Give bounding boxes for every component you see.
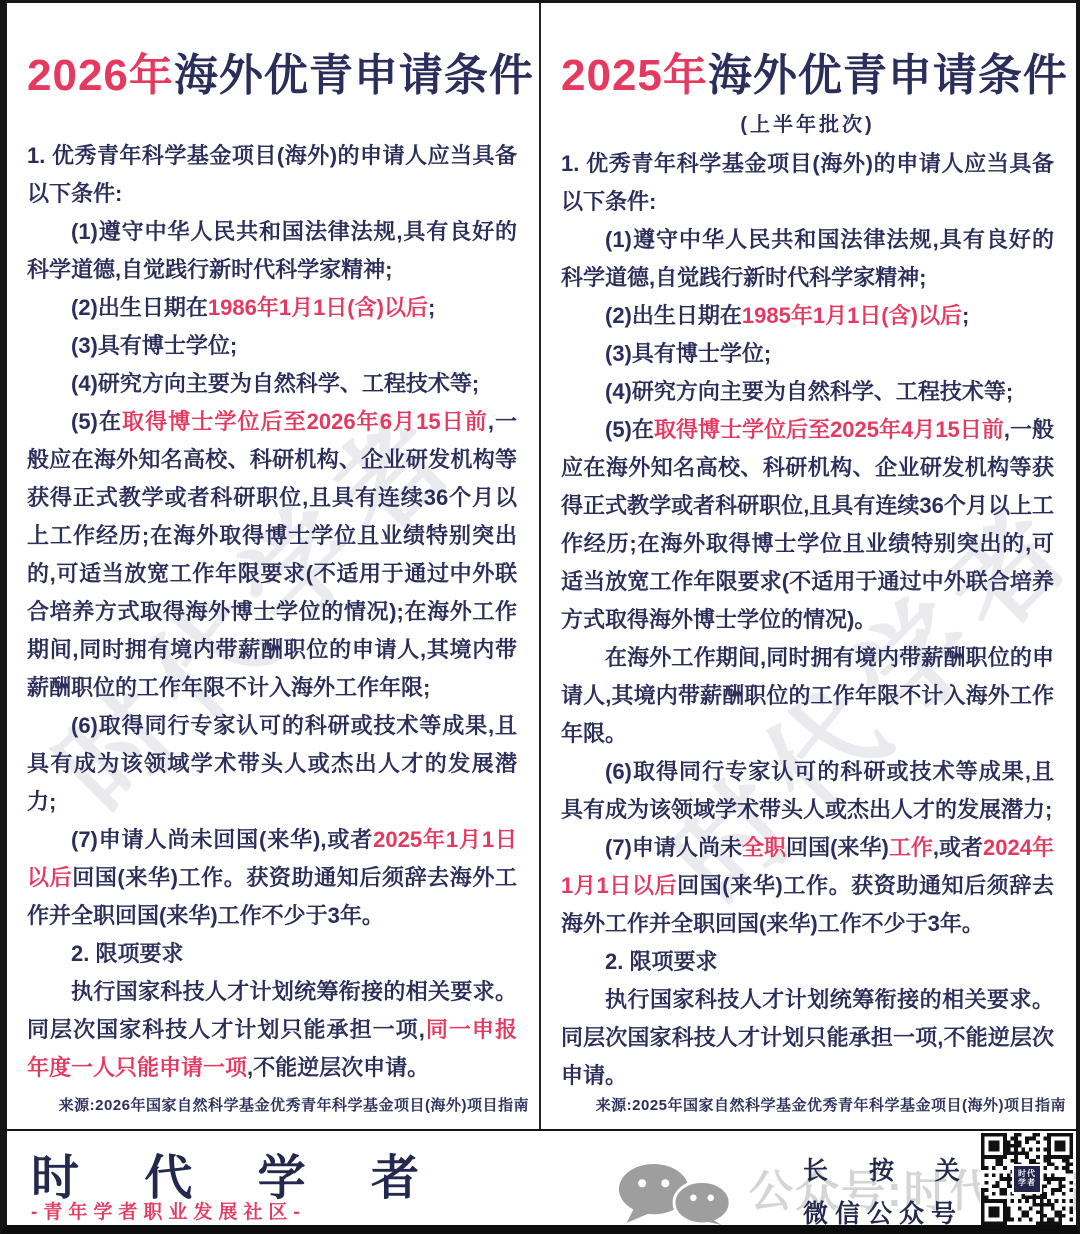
title-year: 2026年 bbox=[27, 51, 174, 100]
paragraph: (2)出生日期在1985年1月1日(含)以后; bbox=[561, 297, 1054, 335]
paragraph: (7)申请人尚未回国(来华),或者2025年1月1日以后回国(来华)工作。获资助… bbox=[27, 821, 517, 935]
comparison-columns: 时代学者 2026年海外优青申请条件 1. 优秀青年科学基金项目(海外)的申请人… bbox=[7, 3, 1076, 1129]
conditions-text: 1. 优秀青年科学基金项目(海外)的申请人应当具备以下条件:(1)遵守中华人民共… bbox=[561, 145, 1054, 1095]
paragraph: (2)出生日期在1986年1月1日(含)以后; bbox=[27, 289, 517, 327]
title-text: 海外优青申请条件 bbox=[174, 51, 534, 100]
paragraph: (3)具有博士学位; bbox=[27, 327, 517, 365]
paragraph: (5)在取得博士学位后至2026年6月15日前,一般应在海外知名高校、科研机构、… bbox=[27, 403, 517, 707]
paragraph: (6)取得同行专家认可的科研或技术等成果,且具有成为该领域学术带头人或杰出人才的… bbox=[561, 753, 1054, 829]
panel-title: 2026年海外优青申请条件 bbox=[27, 39, 517, 103]
wechat-icon bbox=[617, 1163, 733, 1225]
highlighted-text: 取得博士学位后至2026年6月15日前 bbox=[122, 409, 488, 434]
paragraph: (6)取得同行专家认可的科研或技术等成果,且具有成为该领域学术带头人或杰出人才的… bbox=[27, 707, 517, 821]
conditions-text: 1. 优秀青年科学基金项目(海外)的申请人应当具备以下条件:(1)遵守中华人民共… bbox=[27, 137, 517, 1087]
poster-sheet: 时代学者 2026年海外优青申请条件 1. 优秀青年科学基金项目(海外)的申请人… bbox=[0, 0, 1080, 1234]
qr-code: 时代学者 bbox=[980, 1133, 1074, 1225]
paragraph: 执行国家科技人才计划统筹衔接的相关要求。同层次国家科技人才计划只能承担一项,同一… bbox=[27, 973, 517, 1087]
title-text: 海外优青申请条件 bbox=[708, 51, 1068, 100]
highlighted-text: 1985年1月1日(含)以后 bbox=[742, 303, 962, 328]
highlighted-text: 1986年1月1日(含)以后 bbox=[208, 295, 428, 320]
panel-2026: 时代学者 2026年海外优青申请条件 1. 优秀青年科学基金项目(海外)的申请人… bbox=[7, 3, 541, 1129]
qr-center-logo: 时代学者 bbox=[1012, 1164, 1042, 1194]
paragraph: 1. 优秀青年科学基金项目(海外)的申请人应当具备以下条件: bbox=[561, 145, 1054, 221]
highlighted-text: 取得博士学位后至2025年4月15日前 bbox=[654, 417, 1004, 442]
paragraph: 1. 优秀青年科学基金项目(海外)的申请人应当具备以下条件: bbox=[27, 137, 517, 213]
highlighted-text: 工作 bbox=[889, 835, 933, 860]
paragraph: (5)在取得博士学位后至2025年4月15日前,一般应在海外知名高校、科研机构、… bbox=[561, 411, 1054, 639]
paragraph: 执行国家科技人才计划统筹衔接的相关要求。同层次国家科技人才计划只能承担一项,不能… bbox=[561, 981, 1054, 1095]
paragraph: 2. 限项要求 bbox=[561, 943, 1054, 981]
highlighted-text: 全职 bbox=[742, 835, 786, 860]
paragraph: (7)申请人尚未全职回国(来华)工作,或者2024年1月1日以后回国(来华)工作… bbox=[561, 829, 1054, 943]
title-year: 2025年 bbox=[561, 51, 708, 100]
batch-subtitle: (上半年批次) bbox=[561, 108, 1054, 137]
paragraph: (4)研究方向主要为自然科学、工程技术等; bbox=[27, 365, 517, 403]
paragraph: 在海外工作期间,同时拥有境内带薪酬职位的申请人,其境内带薪酬职位的工作年限不计入… bbox=[561, 639, 1054, 753]
brand-tagline: -青年学者职业发展社区- bbox=[31, 1197, 306, 1224]
source-note: 来源:2025年国家自然科学基金优秀青年科学基金项目(海外)项目指南 bbox=[596, 1094, 1066, 1115]
source-note: 来源:2026年国家自然科学基金优秀青年科学基金项目(海外)项目指南 bbox=[59, 1094, 529, 1115]
paragraph: (1)遵守中华人民共和国法律法规,具有良好的科学道德,自觉践行新时代科学家精神; bbox=[561, 221, 1054, 297]
paragraph: (4)研究方向主要为自然科学、工程技术等; bbox=[561, 373, 1054, 411]
panel-title: 2025年海外优青申请条件 bbox=[561, 39, 1054, 103]
footer-bar: 公众号:时代学者 时 代 学 者 -青年学者职业发展社区- 长 按 关 注 微信… bbox=[7, 1129, 1076, 1227]
paragraph: (1)遵守中华人民共和国法律法规,具有良好的科学道德,自觉践行新时代科学家精神; bbox=[27, 213, 517, 289]
paragraph: (3)具有博士学位; bbox=[561, 335, 1054, 373]
paragraph: 2. 限项要求 bbox=[27, 935, 517, 973]
panel-2025: 时代学者 2025年海外优青申请条件 (上半年批次) 1. 优秀青年科学基金项目… bbox=[541, 3, 1076, 1129]
